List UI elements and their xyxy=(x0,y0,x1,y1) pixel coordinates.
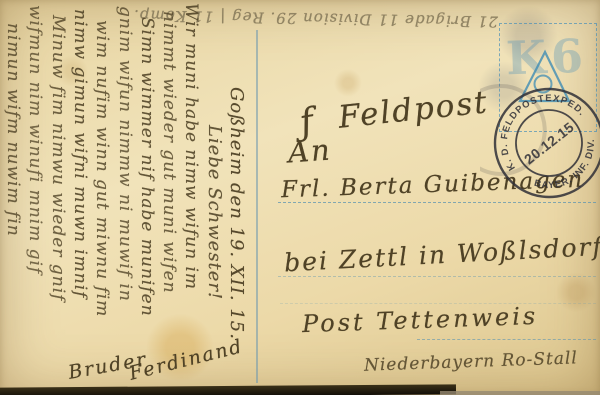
postmark-stamp: K. D. FELDPOSTEXPED. BAYER. INF. DIV. 20… xyxy=(480,75,600,215)
center-divider-rule xyxy=(256,30,258,383)
address-rule-4 xyxy=(417,339,596,340)
message-line: nimmt wieder gut muni wifen xyxy=(158,11,180,388)
postcard-scan: 21 Brigade 11 Division 29. Reg | 11 Komp… xyxy=(0,0,600,395)
message-line: Minuw fim nimwu wieder gnif xyxy=(46,15,68,388)
message-line: Wir muni habe nimw wifun im xyxy=(180,3,202,388)
message-line: nimw gimun wifni muwn imnif xyxy=(69,9,91,388)
message-line: nimun wifm nuwim fin xyxy=(2,23,24,388)
message-line: Simn wimmer nif habe munifen xyxy=(136,17,158,388)
message-line: wifmun nim winufi mnim gif xyxy=(24,5,46,388)
address-intro: An xyxy=(287,133,333,170)
address-rule-3 xyxy=(280,303,596,304)
message-line: wim nufim winn gut miwnu fim xyxy=(91,20,113,388)
message-line: gnim wifun nimmw ni muwif in xyxy=(113,6,135,388)
message-block: Goßheim den 19. XII. 15. Liebe Schwester… xyxy=(2,3,247,388)
postmark-date: 20.12.15 xyxy=(521,119,577,168)
address-rule-2 xyxy=(278,276,596,277)
card-bottom-edge-light xyxy=(440,391,600,395)
